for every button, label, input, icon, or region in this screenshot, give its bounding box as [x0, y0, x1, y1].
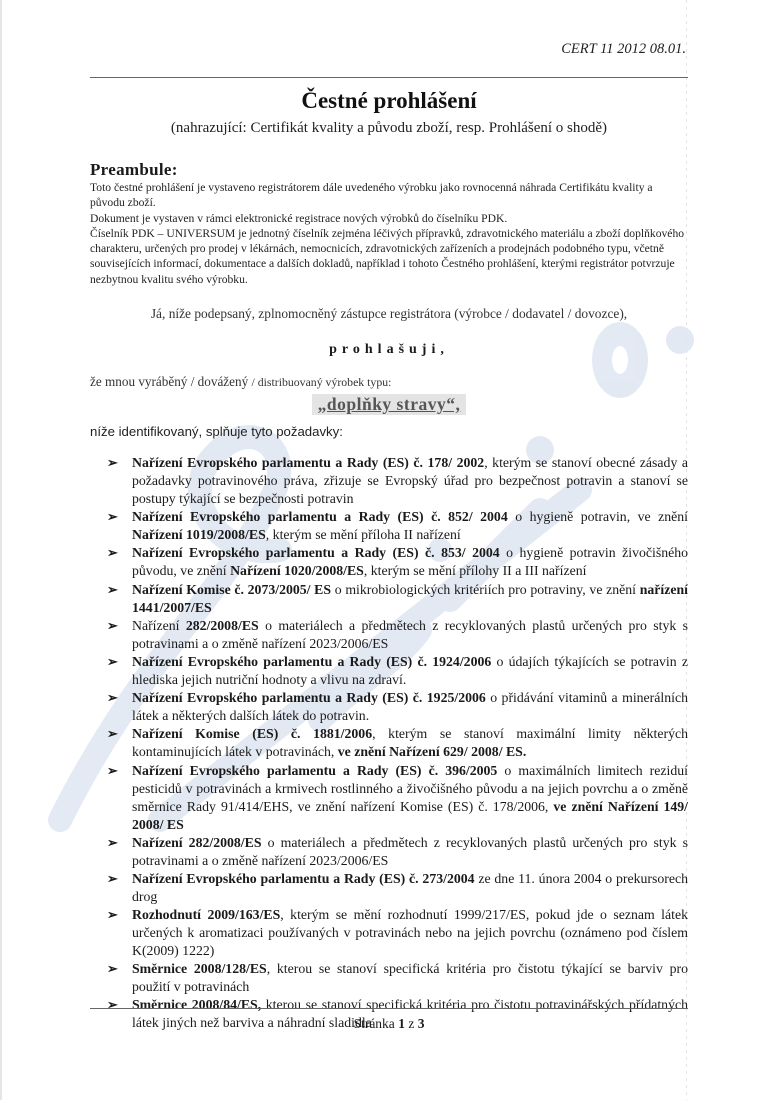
preamble-paragraph: Toto čestné prohlášení je vystaveno regi… [90, 180, 690, 211]
requirement-regulation: Nařízení Evropského parlamentu a Rady (E… [132, 654, 491, 669]
requirement-regulation: Nařízení Evropského parlamentu a Rady (E… [132, 455, 484, 470]
requirements-intro: níže identifikovaný, splňuje tyto požada… [90, 424, 343, 439]
arrow-bullet-icon: ➢ [107, 544, 118, 562]
requirement-regulation: Nařízení Evropského parlamentu a Rady (E… [132, 690, 486, 705]
preamble-text: Toto čestné prohlášení je vystaveno regi… [90, 180, 690, 287]
requirement-regulation: Rozhodnutí 2009/163/ES [132, 907, 280, 922]
requirement-text-tail: , kterým se mění přílohy II a III naříze… [364, 563, 587, 578]
requirement-regulation: Nařízení Komise (ES) č. 1881/2006 [132, 726, 372, 741]
declare-word: prohlašuji, [90, 342, 688, 358]
arrow-bullet-icon: ➢ [107, 725, 118, 743]
requirement-item: ➢Nařízení Evropského parlamentu a Rady (… [105, 689, 688, 725]
document-code: CERT 11 2012 08.01. [561, 41, 686, 58]
requirement-item: ➢Nařízení Evropského parlamentu a Rady (… [105, 454, 688, 508]
product-type: „doplňky stravy“, [90, 394, 688, 415]
requirement-item: ➢Nařízení Evropského parlamentu a Rady (… [105, 508, 688, 544]
arrow-bullet-icon: ➢ [107, 617, 118, 635]
product-intro-small: / distribuovaný výrobek typu: [252, 375, 392, 389]
declarant-statement: Já, níže podepsaný, zplnomocněný zástupc… [90, 306, 688, 322]
requirement-item: ➢Nařízení Komise (ES) č. 1881/2006, kter… [105, 725, 688, 761]
requirement-amendment: Nařízení 1019/2008/ES [132, 527, 266, 542]
header-rule [90, 77, 688, 78]
product-intro-main: že mnou vyráběný / dovážený [90, 374, 252, 389]
requirement-text: o mikrobiologických kritériích pro potra… [331, 582, 640, 597]
arrow-bullet-icon: ➢ [107, 960, 118, 978]
page-label: Stránka [354, 1016, 399, 1031]
requirement-regulation: Nařízení Evropského parlamentu a Rady (E… [132, 545, 500, 560]
arrow-bullet-icon: ➢ [107, 581, 118, 599]
arrow-bullet-icon: ➢ [107, 762, 118, 780]
requirement-regulation: Nařízení 282/2008/ES [132, 835, 262, 850]
footer-rule [90, 1008, 688, 1009]
requirement-item: ➢Nařízení 282/2008/ES o materiálech a př… [105, 617, 688, 653]
product-type-label: „doplňky stravy“, [312, 394, 467, 415]
requirement-regulation: Směrnice 2008/84/ES, [132, 997, 261, 1012]
page-number: 1 [398, 1016, 405, 1031]
requirement-item: ➢Nařízení Komise č. 2073/2005/ ES o mikr… [105, 581, 688, 617]
requirement-regulation: Nařízení Komise č. 2073/2005/ ES [132, 582, 331, 597]
requirement-amendment: ve znění Nařízení 629/ 2008/ ES. [338, 744, 527, 759]
requirement-text: o hygieně potravin, ve znění [508, 509, 688, 524]
requirement-regulation: Nařízení Evropského parlamentu a Rady (E… [132, 509, 508, 524]
document-title: Čestné prohlášení [90, 88, 688, 114]
requirement-item: ➢Nařízení Evropského parlamentu a Rady (… [105, 653, 688, 689]
requirements-list: ➢Nařízení Evropského parlamentu a Rady (… [105, 454, 688, 1033]
document-subtitle: (nahrazující: Certifikát kvality a původ… [90, 120, 688, 137]
arrow-bullet-icon: ➢ [107, 653, 118, 671]
preamble-paragraph: Číselník PDK – UNIVERSUM je jednotný čís… [90, 226, 690, 287]
requirement-regulation: Směrnice 2008/128/ES [132, 961, 267, 976]
requirement-item: ➢Nařízení Evropského parlamentu a Rady (… [105, 762, 688, 834]
arrow-bullet-icon: ➢ [107, 834, 118, 852]
requirement-item: ➢Nařízení Evropského parlamentu a Rady (… [105, 870, 688, 906]
arrow-bullet-icon: ➢ [107, 689, 118, 707]
arrow-bullet-icon: ➢ [107, 906, 118, 924]
requirement-item: ➢Nařízení 282/2008/ES o materiálech a př… [105, 834, 688, 870]
requirement-item: ➢Rozhodnutí 2009/163/ES, kterým se mění … [105, 906, 688, 960]
requirement-text-tail: , kterým se mění příloha II nařízení [266, 527, 461, 542]
requirement-item: ➢Nařízení Evropského parlamentu a Rady (… [105, 544, 688, 580]
page-footer: Stránka 1 z 3 [90, 1016, 688, 1032]
requirement-regulation: Nařízení Evropského parlamentu a Rady (E… [132, 763, 497, 778]
requirement-regulation: Nařízení Evropského parlamentu a Rady (E… [132, 871, 475, 886]
page-total: 3 [418, 1016, 425, 1031]
requirement-prefix: Nařízení [132, 618, 186, 633]
arrow-bullet-icon: ➢ [107, 870, 118, 888]
arrow-bullet-icon: ➢ [107, 996, 118, 1014]
document-page: CERT 11 2012 08.01. Čestné prohlášení (n… [0, 0, 777, 1100]
requirement-regulation: 282/2008/ES [186, 618, 259, 633]
product-intro: že mnou vyráběný / dovážený / distribuov… [90, 374, 391, 390]
arrow-bullet-icon: ➢ [107, 454, 118, 472]
preamble-paragraph: Dokument je vystaven v rámci elektronick… [90, 211, 690, 226]
arrow-bullet-icon: ➢ [107, 508, 118, 526]
preamble-heading: Preambule: [90, 160, 178, 180]
page-separator: z [405, 1016, 418, 1031]
requirement-item: ➢Směrnice 2008/128/ES, kterou se stanoví… [105, 960, 688, 996]
requirement-amendment: Nařízení 1020/2008/ES [230, 563, 364, 578]
